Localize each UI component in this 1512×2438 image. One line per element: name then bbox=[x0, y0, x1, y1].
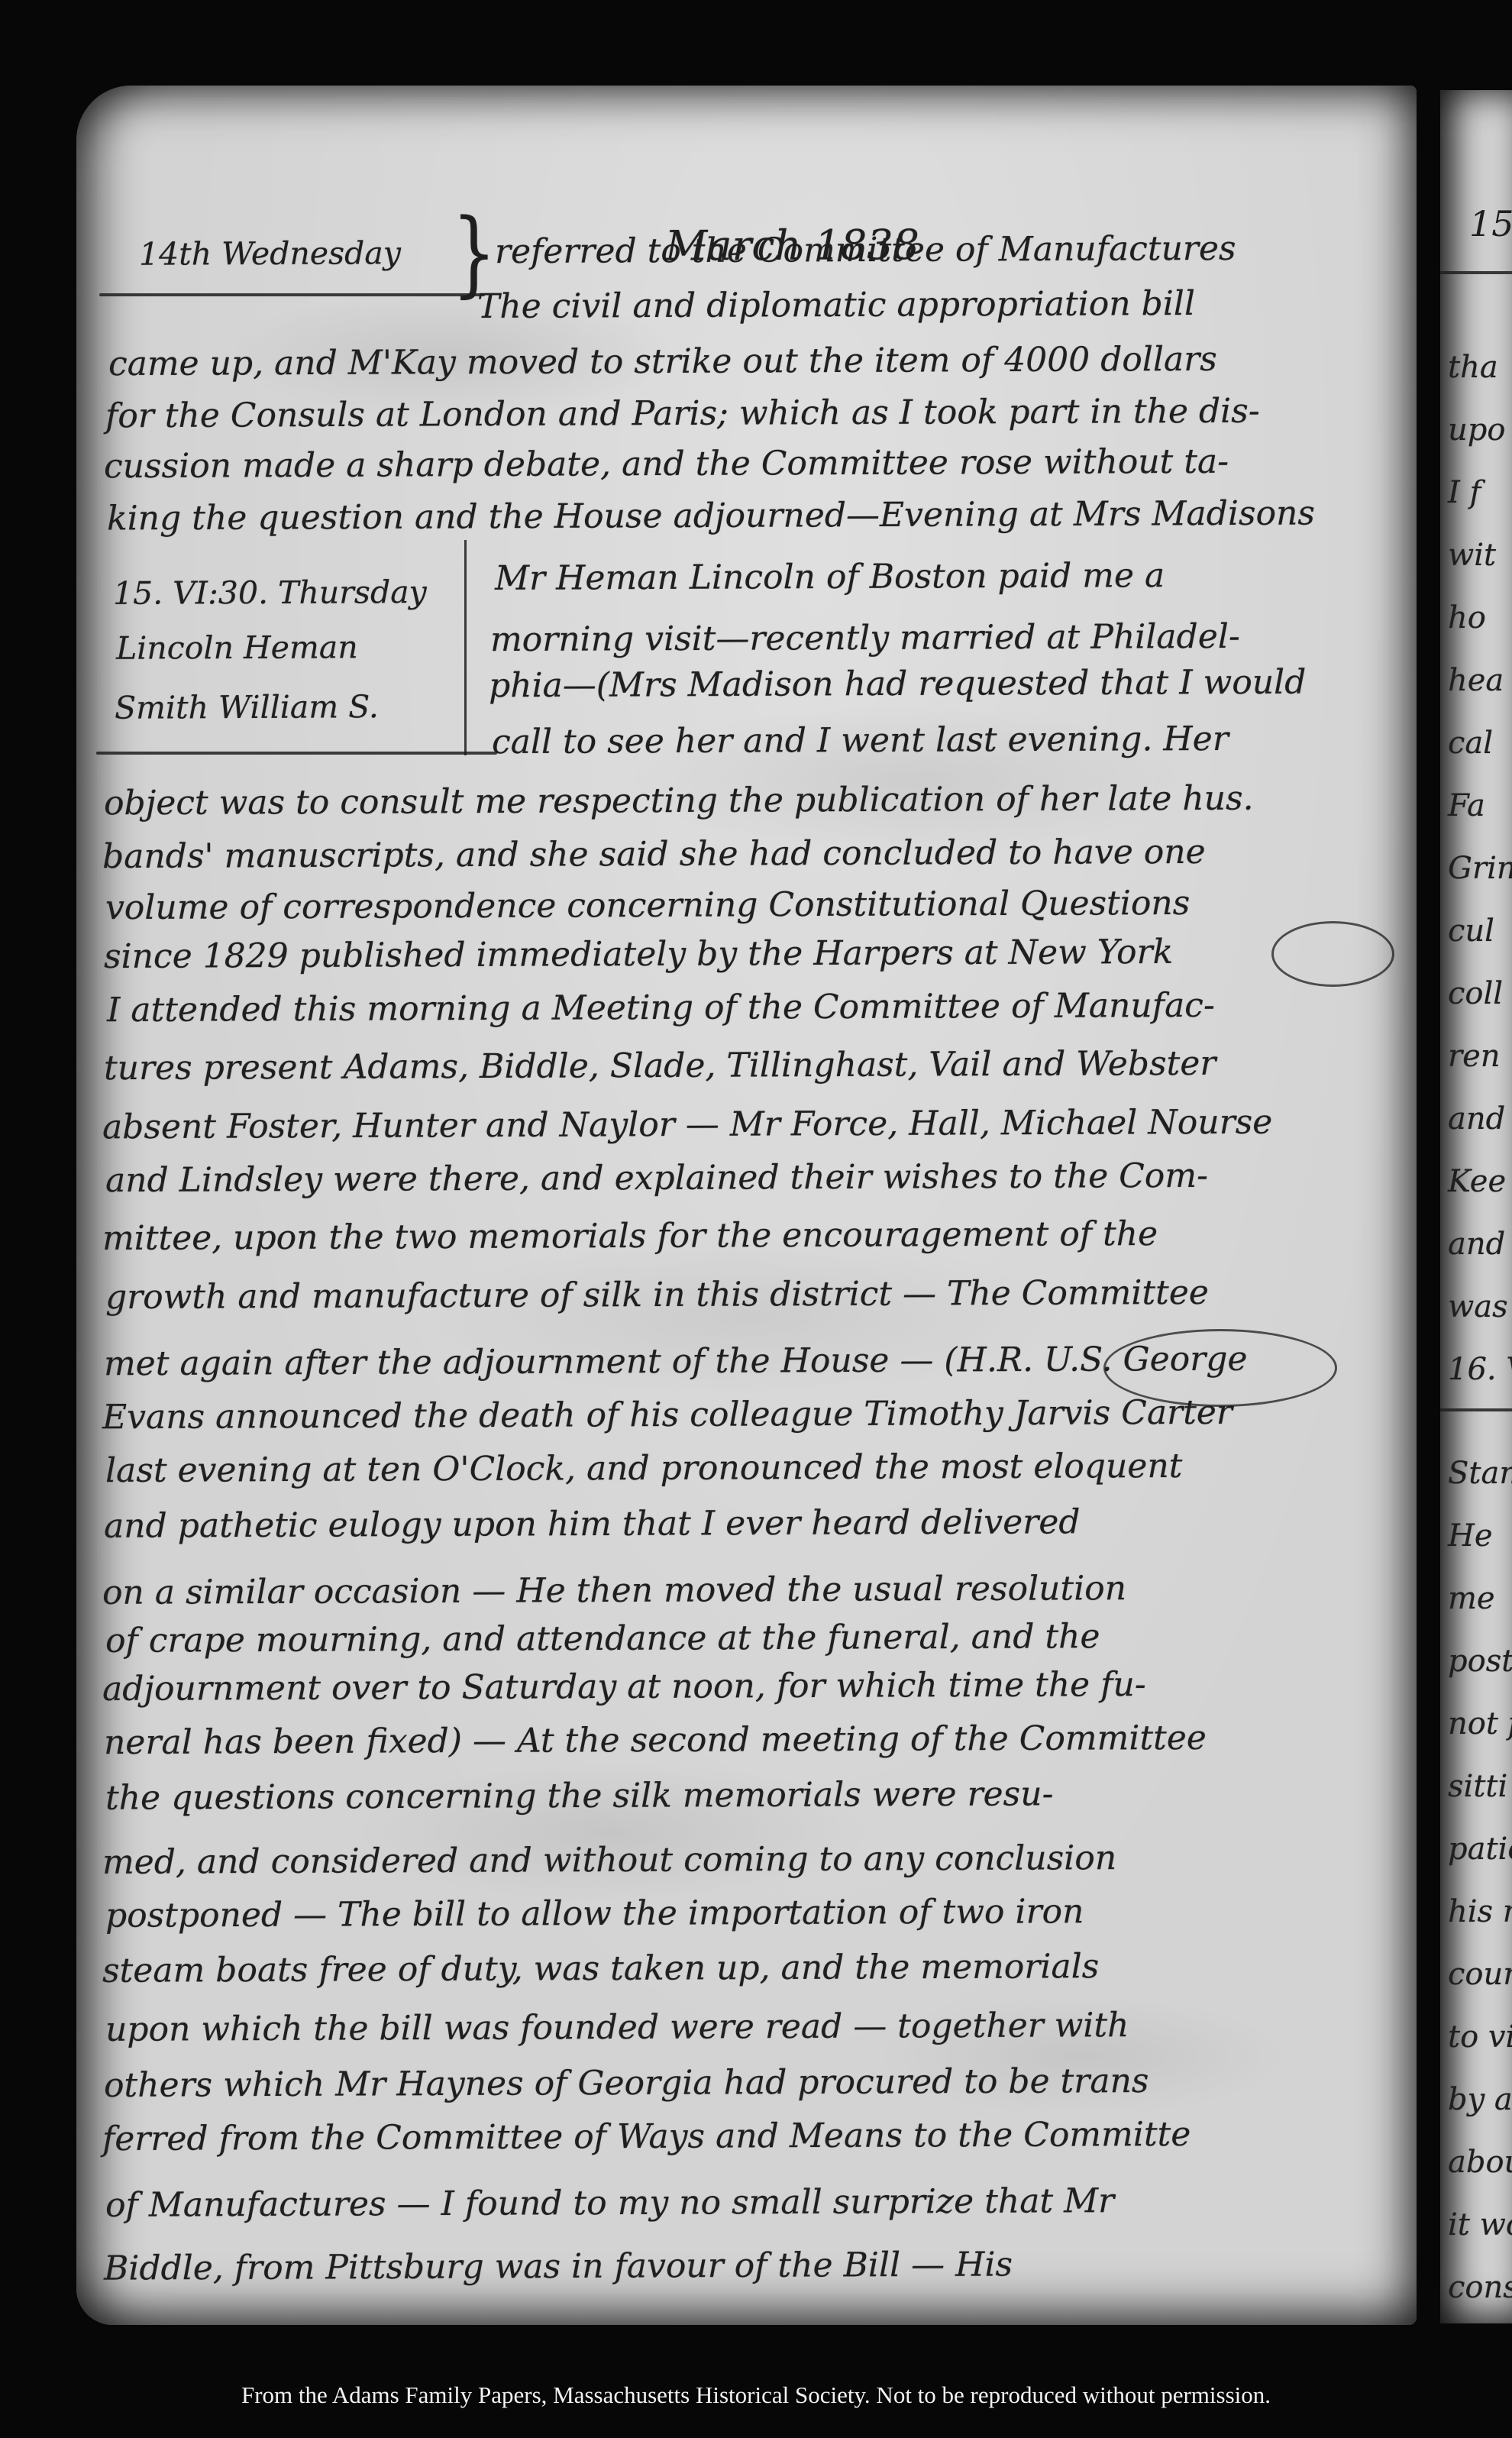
margin-entry-date-14: 14th Wednesday bbox=[139, 234, 401, 272]
journal-line: upon which the bill was founded were rea… bbox=[105, 2006, 1129, 2049]
journal-line: mittee, upon the two memorials for the e… bbox=[102, 1214, 1158, 1258]
next-page-text-fragment: coll bbox=[1448, 962, 1512, 1025]
next-page-text-fragment: by a bbox=[1448, 2068, 1512, 2131]
journal-line: cussion made a sharp debate, and the Com… bbox=[104, 442, 1229, 486]
next-page-text-fragment: abou bbox=[1448, 2131, 1512, 2194]
journal-line: on a similar occasion — He then moved th… bbox=[102, 1569, 1126, 1612]
journal-line: object was to consult me respecting the … bbox=[104, 779, 1254, 823]
next-page-text-fragment: Kee bbox=[1448, 1150, 1512, 1213]
next-page-text-fragment: sitti bbox=[1448, 1755, 1512, 1818]
journal-line: met again after the adjournment of the H… bbox=[104, 1340, 1248, 1384]
next-page-text-fragment: his r bbox=[1448, 1880, 1512, 1943]
journal-line: I attended this morning a Meeting of the… bbox=[107, 986, 1215, 1030]
journal-line: bands' manuscripts, and she said she had… bbox=[102, 833, 1206, 876]
journal-line: phia—(Mrs Madison had requested that I w… bbox=[489, 663, 1307, 706]
next-page-number: 15 bbox=[1469, 205, 1512, 243]
next-page-text-fragment: patie bbox=[1448, 1818, 1512, 1880]
margin-underline bbox=[99, 293, 485, 296]
next-page-text-fragment: He bbox=[1448, 1505, 1512, 1567]
next-page-text-fragment: hea bbox=[1448, 649, 1512, 712]
next-page-text-fragment: cons bbox=[1448, 2256, 1512, 2319]
journal-line: med, and considered and without coming t… bbox=[102, 1838, 1116, 1882]
next-page-text-fragment: upo bbox=[1448, 399, 1512, 461]
margin-entry-name: Lincoln Heman bbox=[116, 629, 358, 666]
margin-entry-date-15: 15. VI:30. Thursday bbox=[113, 574, 427, 612]
next-page-margin-rule bbox=[1440, 271, 1512, 274]
journal-line: volume of correspondence concerning Cons… bbox=[105, 884, 1191, 927]
margin-brace: } bbox=[452, 206, 496, 299]
journal-line: last evening at ten O'Clock, and pronoun… bbox=[105, 1447, 1183, 1490]
journal-line: growth and manufacture of silk in this d… bbox=[105, 1273, 1209, 1317]
next-page-text-fragment: Stan bbox=[1448, 1442, 1512, 1505]
next-page-text-fragment: ren bbox=[1448, 1025, 1512, 1088]
next-page-text-fragment: tha bbox=[1448, 336, 1512, 399]
next-page-margin-rule bbox=[1440, 1408, 1512, 1411]
journal-line: adjournment over to Saturday at noon, fo… bbox=[102, 1665, 1146, 1709]
journal-line: call to see her and I went last evening.… bbox=[492, 719, 1229, 761]
next-page-text-fragment: cal bbox=[1448, 712, 1512, 774]
next-page-text-fragment: cour bbox=[1448, 1943, 1512, 2006]
next-page-text-fragment: Grin bbox=[1448, 837, 1512, 900]
journal-line: Evans announced the death of his colleag… bbox=[102, 1393, 1233, 1437]
journal-line: absent Foster, Hunter and Naylor — Mr Fo… bbox=[102, 1103, 1273, 1147]
next-page-strip: 15 tha upo I f wit ho hea cal Fa Grin cu… bbox=[1440, 90, 1512, 2323]
margin-entry-name: Smith William S. bbox=[115, 688, 379, 726]
next-page-text-fragment: post bbox=[1448, 1630, 1512, 1693]
next-page-text-fragment: cul bbox=[1448, 900, 1512, 962]
circled-annotation-york bbox=[1271, 921, 1394, 987]
next-page-text-fragment: not f bbox=[1448, 1693, 1512, 1755]
journal-line: morning visit—recently married at Philad… bbox=[490, 617, 1240, 659]
journal-page: March 1838 14th Wednesday } referred to … bbox=[76, 86, 1417, 2325]
journal-line: The civil and diplomatic appropriation b… bbox=[477, 284, 1195, 326]
journal-line: king the question and the House adjourne… bbox=[107, 494, 1315, 538]
next-page-text-fragment: to vi bbox=[1448, 2006, 1512, 2068]
journal-line: postponed — The bill to allow the import… bbox=[105, 1892, 1084, 1935]
next-page-text-fragment: me bbox=[1448, 1567, 1512, 1630]
journal-line: referred to the Committee of Manufacture… bbox=[495, 229, 1236, 271]
journal-line: since 1829 published immediately by the … bbox=[104, 933, 1173, 976]
next-page-text-fragment: and bbox=[1448, 1088, 1512, 1150]
next-page-text-fragment: ho bbox=[1448, 587, 1512, 649]
journal-line: others which Mr Haynes of Georgia had pr… bbox=[104, 2061, 1149, 2105]
journal-line: for the Consuls at London and Paris; whi… bbox=[105, 392, 1260, 436]
next-page-text-fragment: it wo bbox=[1448, 2194, 1512, 2256]
margin-underline bbox=[96, 752, 497, 755]
journal-line: and pathetic eulogy upon him that I ever… bbox=[104, 1502, 1081, 1546]
next-page-text-fragment: wit bbox=[1448, 524, 1512, 587]
journal-line: neral has been fixed) — At the second me… bbox=[104, 1719, 1207, 1762]
journal-line: tures present Adams, Biddle, Slade, Till… bbox=[104, 1044, 1216, 1088]
archive-caption: From the Adams Family Papers, Massachuse… bbox=[0, 2381, 1512, 2409]
journal-line: Biddle, from Pittsburg was in favour of … bbox=[104, 2245, 1013, 2288]
journal-line: and Lindsley were there, and explained t… bbox=[105, 1156, 1208, 1200]
next-page-text-fragment: Fa bbox=[1448, 774, 1512, 837]
next-page-text-fragment: and bbox=[1448, 1213, 1512, 1276]
journal-line: of Manufactures — I found to my no small… bbox=[105, 2181, 1114, 2225]
next-page-text-fragment: Stans bbox=[1448, 2319, 1512, 2323]
next-page-text-fragment: 16. V bbox=[1448, 1338, 1512, 1401]
journal-line: of crape mourning, and attendance at the… bbox=[105, 1617, 1100, 1660]
next-page-text-fragment: I f bbox=[1448, 461, 1512, 524]
circled-annotation-hr-us bbox=[1103, 1329, 1337, 1407]
journal-line: steam boats free of duty, was taken up, … bbox=[102, 1947, 1100, 1990]
next-page-text-fragment: was bbox=[1448, 1276, 1512, 1338]
journal-line: the questions concerning the silk memori… bbox=[105, 1774, 1054, 1817]
journal-line: came up, and M'Kay moved to strike out t… bbox=[108, 340, 1217, 383]
journal-line: Mr Heman Lincoln of Boston paid me a bbox=[495, 556, 1165, 598]
journal-line: ferred from the Committee of Ways and Me… bbox=[102, 2115, 1191, 2158]
column-divider-line bbox=[464, 540, 467, 755]
